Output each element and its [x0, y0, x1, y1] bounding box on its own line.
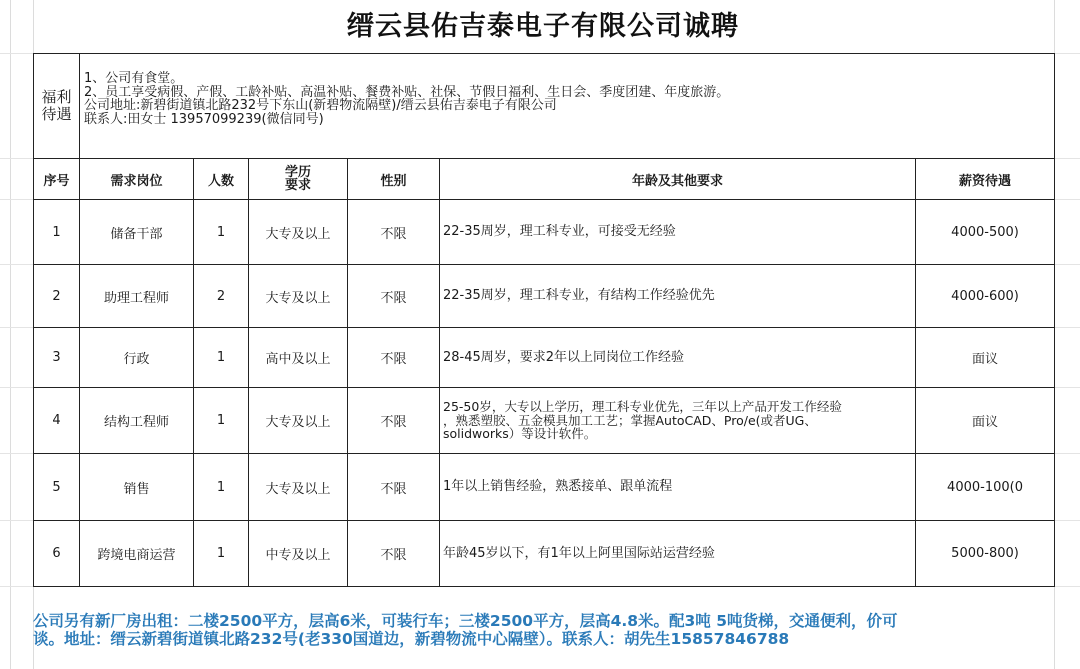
- cell-count[interactable]: 2: [194, 265, 249, 328]
- cell-education[interactable]: 大专及以上: [249, 388, 348, 454]
- table-row: 5 销售 1 大专及以上 不限 1年以上销售经验，熟悉接单、跟单流程 4000-…: [34, 454, 1055, 521]
- cell-gender[interactable]: 不限: [348, 265, 440, 328]
- cell-count[interactable]: 1: [194, 200, 249, 265]
- benefits-label-line2: 待遇: [34, 106, 79, 123]
- requirement-line: 25-50岁，大专以上学历，理工科专业优先，三年以上产品开发工作经验: [443, 400, 915, 414]
- requirement-line: 22-35周岁，理工科专业，可接受无经验: [443, 225, 915, 239]
- cell-requirements[interactable]: 22-35周岁，理工科专业，可接受无经验: [440, 200, 916, 265]
- cell-requirements[interactable]: 28-45周岁，要求2年以上同岗位工作经验: [440, 328, 916, 388]
- benefits-row: 福利 待遇 1、公司有食堂。 2、员工享受病假、产假、工龄补贴、高温补贴、餐费补…: [34, 54, 1055, 159]
- cell-position[interactable]: 储备干部: [80, 200, 194, 265]
- contact-person: 联系人:田女士 13957099239(微信同号): [84, 113, 1054, 127]
- cell-count[interactable]: 1: [194, 328, 249, 388]
- benefit-line: 2、员工享受病假、产假、工龄补贴、高温补贴、餐费补贴、社保、节假日福利、生日会、…: [84, 86, 1054, 100]
- cell-count[interactable]: 1: [194, 388, 249, 454]
- cell-gender[interactable]: 不限: [348, 388, 440, 454]
- cell-salary[interactable]: 5000-800): [916, 521, 1055, 587]
- cell-index[interactable]: 3: [34, 328, 80, 388]
- requirement-line: 22-35周岁，理工科专业，有结构工作经验优先: [443, 289, 915, 303]
- header-position[interactable]: 需求岗位: [80, 159, 194, 200]
- cell-education[interactable]: 中专及以上: [249, 521, 348, 587]
- cell-requirements[interactable]: 年龄45岁以下，有1年以上阿里国际站运营经验: [440, 521, 916, 587]
- cell-requirements[interactable]: 1年以上销售经验，熟悉接单、跟单流程: [440, 454, 916, 521]
- table-row: 1 储备干部 1 大专及以上 不限 22-35周岁，理工科专业，可接受无经验 4…: [34, 200, 1055, 265]
- cell-position[interactable]: 结构工程师: [80, 388, 194, 454]
- cell-salary[interactable]: 4000-100(0: [916, 454, 1055, 521]
- page-title: 缙云县佑吉泰电子有限公司诚聘: [33, 0, 1053, 46]
- cell-index[interactable]: 5: [34, 454, 80, 521]
- table-row: 3 行政 1 高中及以上 不限 28-45周岁，要求2年以上同岗位工作经验 面议: [34, 328, 1055, 388]
- sheet-gridline: [10, 0, 11, 669]
- cell-requirements[interactable]: 25-50岁，大专以上学历，理工科专业优先，三年以上产品开发工作经验 ，熟悉塑胶…: [440, 388, 916, 454]
- cell-gender[interactable]: 不限: [348, 454, 440, 521]
- table-row: 2 助理工程师 2 大专及以上 不限 22-35周岁，理工科专业，有结构工作经验…: [34, 265, 1055, 328]
- header-education-line2: 要求: [249, 179, 347, 192]
- cell-education[interactable]: 大专及以上: [249, 265, 348, 328]
- cell-index[interactable]: 1: [34, 200, 80, 265]
- header-index[interactable]: 序号: [34, 159, 80, 200]
- footer-line1: 公司另有新厂房出租：二楼2500平方，层高6米，可装行车；三楼2500平方，层高…: [33, 612, 1063, 630]
- requirement-line: 年龄45岁以下，有1年以上阿里国际站运营经验: [443, 547, 915, 561]
- header-row: 序号 需求岗位 人数 学历 要求 性别 年龄及其他要求 薪资待遇: [34, 159, 1055, 200]
- cell-gender[interactable]: 不限: [348, 521, 440, 587]
- cell-gender[interactable]: 不限: [348, 200, 440, 265]
- company-address: 公司地址:新碧街道镇北路232号下东山(新碧物流隔壁)/缙云县佑吉泰电子有限公司: [84, 99, 1054, 113]
- factory-rental-notice[interactable]: 公司另有新厂房出租：二楼2500平方，层高6米，可装行车；三楼2500平方，层高…: [33, 612, 1063, 648]
- cell-education[interactable]: 大专及以上: [249, 454, 348, 521]
- requirement-line: ，熟悉塑胶、五金模具加工工艺；掌握AutoCAD、Pro/e(或者UG、: [443, 414, 915, 428]
- cell-position[interactable]: 跨境电商运营: [80, 521, 194, 587]
- cell-index[interactable]: 6: [34, 521, 80, 587]
- header-requirements[interactable]: 年龄及其他要求: [440, 159, 916, 200]
- header-count[interactable]: 人数: [194, 159, 249, 200]
- requirement-line: 1年以上销售经验，熟悉接单、跟单流程: [443, 480, 915, 494]
- cell-education[interactable]: 高中及以上: [249, 328, 348, 388]
- header-education[interactable]: 学历 要求: [249, 159, 348, 200]
- cell-salary[interactable]: 面议: [916, 328, 1055, 388]
- table-row: 6 跨境电商运营 1 中专及以上 不限 年龄45岁以下，有1年以上阿里国际站运营…: [34, 521, 1055, 587]
- header-salary[interactable]: 薪资待遇: [916, 159, 1055, 200]
- benefit-line: 1、公司有食堂。: [84, 72, 1054, 86]
- benefits-label-line1: 福利: [34, 89, 79, 106]
- requirement-line: 28-45周岁，要求2年以上同岗位工作经验: [443, 351, 915, 365]
- cell-count[interactable]: 1: [194, 454, 249, 521]
- table-row: 4 结构工程师 1 大专及以上 不限 25-50岁，大专以上学历，理工科专业优先…: [34, 388, 1055, 454]
- cell-salary[interactable]: 面议: [916, 388, 1055, 454]
- requirement-line: solidworks）等设计软件。: [443, 427, 915, 441]
- cell-index[interactable]: 2: [34, 265, 80, 328]
- cell-gender[interactable]: 不限: [348, 328, 440, 388]
- cell-position[interactable]: 助理工程师: [80, 265, 194, 328]
- cell-requirements[interactable]: 22-35周岁，理工科专业，有结构工作经验优先: [440, 265, 916, 328]
- cell-salary[interactable]: 4000-500): [916, 200, 1055, 265]
- cell-count[interactable]: 1: [194, 521, 249, 587]
- footer-line2: 谈。地址：缙云新碧街道镇北路232号(老330国道边，新碧物流中心隔壁）。联系人…: [33, 630, 1063, 648]
- cell-salary[interactable]: 4000-600): [916, 265, 1055, 328]
- cell-position[interactable]: 行政: [80, 328, 194, 388]
- header-gender[interactable]: 性别: [348, 159, 440, 200]
- cell-position[interactable]: 销售: [80, 454, 194, 521]
- cell-education[interactable]: 大专及以上: [249, 200, 348, 265]
- benefits-label-cell[interactable]: 福利 待遇: [34, 54, 80, 159]
- cell-index[interactable]: 4: [34, 388, 80, 454]
- benefits-content-cell[interactable]: 1、公司有食堂。 2、员工享受病假、产假、工龄补贴、高温补贴、餐费补贴、社保、节…: [80, 54, 1055, 159]
- recruitment-table: 福利 待遇 1、公司有食堂。 2、员工享受病假、产假、工龄补贴、高温补贴、餐费补…: [33, 53, 1055, 587]
